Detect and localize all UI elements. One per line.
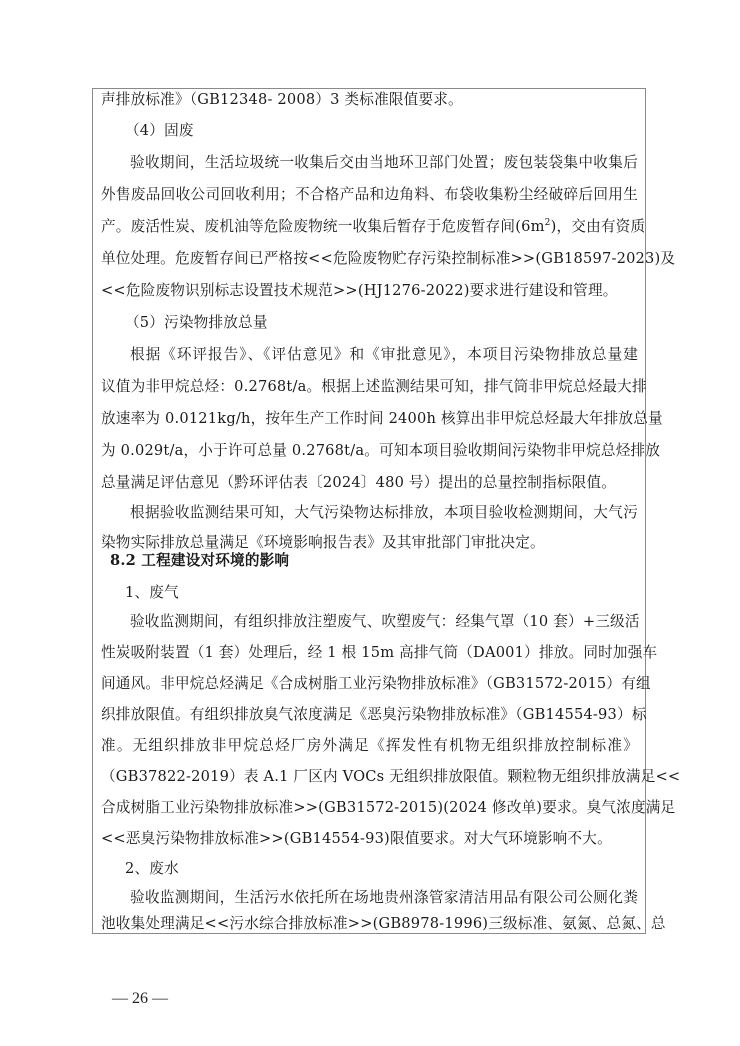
body-text-line: 放速率为 0.0121kg/h，按年生产工作时间 2400h 核算出非甲烷总烃最…: [101, 409, 638, 429]
body-text-line: 为 0.029t/a，小于许可总量 0.2768t/a。可知本项目验收期间污染物…: [101, 441, 638, 461]
item-heading-waste-water: 2、废水: [125, 859, 625, 879]
body-text-line: 染物实际排放总量满足《环境影响报告表》及其审批部门审批决定。: [101, 533, 638, 553]
page-number: — 26 —: [112, 990, 168, 1008]
body-text-line: 议值为非甲烷总烃：0.2768t/a。根据上述监测结果可知，排气筒非甲烷总烃最大…: [101, 377, 638, 397]
body-text-line: 性炭吸附装置（1 套）处理后，经 1 根 15m 高排气筒（DA001）排放。同…: [101, 643, 638, 663]
body-text-line: 验收监测期间，有组织排放注塑废气、吹塑废气：经集气罩（10 套）+三级活: [130, 612, 638, 632]
text-segment: 产。废活性炭、废机油等危险废物统一收集后暂存于危废暂存间(6m: [101, 218, 545, 235]
body-text-line: 总量满足评估意见（黔环评估表〔2024〕480 号）提出的总量控制指标限值。: [101, 473, 638, 493]
subsection-heading-emission-total: （5）污染物排放总量: [125, 313, 625, 333]
body-text-line: 单位处理。危废暂存间已严格按<<危险废物贮存污染控制标准>>(GB18597-2…: [101, 249, 638, 269]
body-text-line: 池收集处理满足<<污水综合排放标准>>(GB8978-1996)三级标准、氨氮、…: [101, 914, 638, 934]
body-text-line: 间通风。非甲烷总烃满足《合成树脂工业污染物排放标准》（GB31572-2015）…: [101, 674, 638, 694]
body-text-line: <<危险废物识别标志设置技术规范>>(HJ1276-2022)要求进行建设和管理…: [101, 281, 638, 301]
body-text-line: 根据验收监测结果可知，大气污染物达标排放，本项目验收检测期间，大气污: [130, 503, 638, 523]
body-text-line: 验收监测期间，生活污水依托所在场地贵州涤管家清洁用品有限公司公厕化粪: [130, 888, 638, 908]
body-text-line: 根据《环评报告》、《评估意见》和《审批意见》，本项目污染物排放总量建: [130, 345, 638, 365]
body-text-line: 织排放限值。有组织排放臭气浓度满足《恶臭污染物排放标准》（GB14554-93）…: [101, 705, 638, 725]
body-text-line: <<恶臭污染物排放标准>>(GB14554-93)限值要求。对大气环境影响不大。: [101, 829, 638, 849]
text-segment: )，交由有资质: [551, 218, 646, 235]
item-heading-waste-gas: 1、废气: [125, 583, 625, 603]
body-text-line: （GB37822-2019）表 A.1 厂区内 VOCs 无组织排放限值。颗粒物…: [101, 767, 638, 787]
body-text-line: 准。无组织排放非甲烷总烃厂房外满足《挥发性有机物无组织排放控制标准》: [101, 736, 638, 756]
body-text-line: 外售废品回收公司回收利用；不合格产品和边角料、布袋收集粉尘经破碎后回用生: [101, 185, 638, 205]
body-text-line: 验收期间，生活垃圾统一收集后交由当地环卫部门处置；废包装袋集中收集后: [130, 153, 638, 173]
body-text-line: 合成树脂工业污染物排放标准>>(GB31572-2015)(2024 修改单)要…: [101, 798, 638, 818]
body-text-line: 产。废活性炭、废机油等危险废物统一收集后暂存于危废暂存间(6m2)，交由有资质: [101, 217, 638, 237]
body-text-line: 声排放标准》（GB12348- 2008）3 类标准限值要求。: [101, 90, 638, 110]
section-heading-8-2: 8.2 工程建设对环境的影响: [110, 551, 610, 571]
subsection-heading-solid-waste: （4）固废: [125, 121, 625, 141]
